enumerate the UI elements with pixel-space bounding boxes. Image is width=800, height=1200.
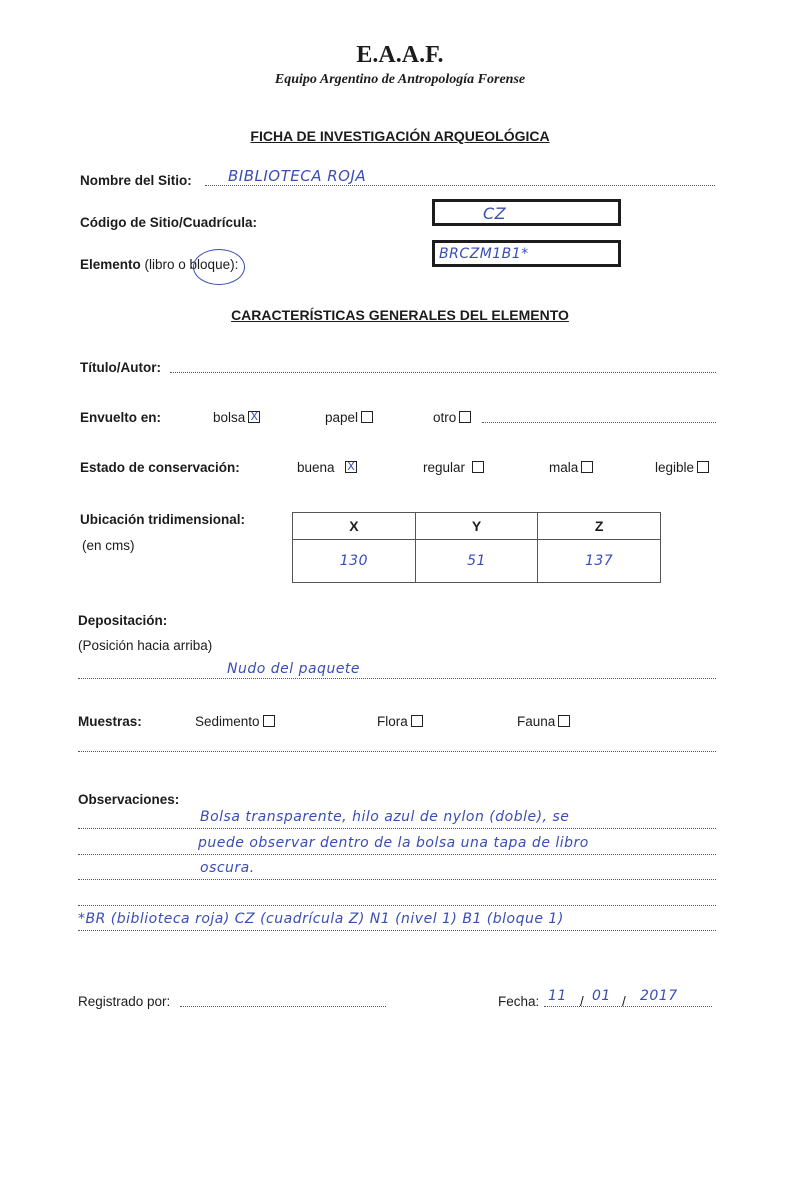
observations-label: Observaciones: bbox=[78, 792, 179, 807]
org-name: Equipo Argentino de Antropología Forense bbox=[0, 72, 800, 88]
condition-option-legible[interactable]: legible bbox=[655, 460, 709, 475]
observations-text-3[interactable]: oscura. bbox=[200, 860, 255, 876]
condition-label: Estado de conservación: bbox=[80, 460, 240, 475]
element-code-value: BRCZM1B1* bbox=[439, 246, 529, 262]
condition-option-buena-label: buena bbox=[297, 460, 335, 475]
samples-label: Muestras: bbox=[78, 714, 142, 729]
observations-text-2[interactable]: puede observar dentro de la bolsa una ta… bbox=[198, 835, 589, 851]
site-name-label: Nombre del Sitio: bbox=[80, 173, 192, 188]
observations-line-5 bbox=[78, 930, 716, 931]
checkbox-mala[interactable] bbox=[581, 461, 593, 473]
samples-option-flora-label: Flora bbox=[377, 714, 408, 729]
checkbox-papel[interactable] bbox=[361, 411, 373, 423]
location-header-y: Y bbox=[415, 513, 537, 540]
deposition-field[interactable]: Nudo del paquete bbox=[227, 661, 360, 677]
observations-footnote[interactable]: *BR (biblioteca roja) CZ (cuadrícula Z) … bbox=[78, 911, 564, 927]
site-code-label: Código de Sitio/Cuadrícula: bbox=[80, 215, 257, 230]
date-sep-1: / bbox=[580, 994, 584, 1009]
location-label: Ubicación tridimensional: bbox=[80, 512, 245, 527]
location-value-z[interactable]: 137 bbox=[538, 540, 661, 583]
checkbox-fauna[interactable] bbox=[558, 715, 570, 727]
date-month[interactable]: 01 bbox=[592, 988, 611, 1004]
site-name-field[interactable]: BIBLIOTECA ROJA bbox=[228, 167, 366, 185]
observations-line-2 bbox=[78, 854, 716, 855]
deposition-line bbox=[78, 678, 716, 679]
observations-line-3 bbox=[78, 879, 716, 880]
condition-option-mala-label: mala bbox=[549, 460, 578, 475]
wrapped-option-otro-label: otro bbox=[433, 410, 456, 425]
deposition-label: Depositación: bbox=[78, 613, 167, 628]
org-acronym: E.A.A.F. bbox=[0, 42, 800, 69]
condition-option-regular[interactable]: regular bbox=[423, 460, 484, 475]
date-day[interactable]: 11 bbox=[548, 988, 567, 1004]
samples-option-fauna[interactable]: Fauna bbox=[517, 714, 570, 729]
observations-line-1 bbox=[78, 828, 716, 829]
location-value-y[interactable]: 51 bbox=[415, 540, 537, 583]
bloque-circle-mark bbox=[193, 249, 245, 285]
form-title: FICHA DE INVESTIGACIÓN ARQUEOLÓGICA bbox=[0, 128, 800, 144]
wrapped-option-papel[interactable]: papel bbox=[325, 410, 373, 425]
condition-option-mala[interactable]: mala bbox=[549, 460, 593, 475]
checkbox-regular[interactable] bbox=[472, 461, 484, 473]
date-label: Fecha: bbox=[498, 994, 539, 1009]
observations-text-1[interactable]: Bolsa transparente, hilo azul de nylon (… bbox=[200, 809, 569, 825]
wrapped-label: Envuelto en: bbox=[80, 410, 161, 425]
wrapped-option-otro[interactable]: otro bbox=[433, 410, 471, 425]
deposition-sublabel: (Posición hacia arriba) bbox=[78, 638, 212, 653]
title-author-field[interactable] bbox=[170, 372, 716, 373]
checkbox-buena[interactable] bbox=[345, 461, 357, 473]
date-line bbox=[544, 1006, 712, 1007]
checkbox-otro[interactable] bbox=[459, 411, 471, 423]
date-sep-2: / bbox=[622, 994, 626, 1009]
condition-option-regular-label: regular bbox=[423, 460, 465, 475]
title-author-label: Título/Autor: bbox=[80, 360, 161, 375]
wrapped-option-papel-label: papel bbox=[325, 410, 358, 425]
samples-option-fauna-label: Fauna bbox=[517, 714, 555, 729]
checkbox-legible[interactable] bbox=[697, 461, 709, 473]
element-code-box[interactable]: BRCZM1B1* bbox=[432, 240, 621, 267]
observations-line-4 bbox=[78, 905, 716, 906]
wrapped-option-bolsa[interactable]: bolsa bbox=[213, 410, 260, 425]
site-code-value: CZ bbox=[483, 204, 506, 223]
wrapped-option-bolsa-label: bolsa bbox=[213, 410, 245, 425]
condition-option-buena[interactable]: buena bbox=[297, 460, 357, 475]
samples-field[interactable] bbox=[78, 751, 716, 752]
site-name-line bbox=[205, 185, 715, 186]
checkbox-sedimento[interactable] bbox=[263, 715, 275, 727]
checkbox-bolsa[interactable] bbox=[248, 411, 260, 423]
characteristics-title: CARACTERÍSTICAS GENERALES DEL ELEMENTO bbox=[0, 307, 800, 323]
location-unit: (en cms) bbox=[82, 538, 135, 553]
recorded-by-label: Registrado por: bbox=[78, 994, 170, 1009]
site-code-box[interactable]: CZ bbox=[432, 199, 621, 226]
checkbox-flora[interactable] bbox=[411, 715, 423, 727]
recorded-by-field[interactable] bbox=[180, 1006, 386, 1007]
location-value-x[interactable]: 130 bbox=[293, 540, 416, 583]
date-year[interactable]: 2017 bbox=[640, 988, 678, 1004]
samples-option-flora[interactable]: Flora bbox=[377, 714, 423, 729]
samples-option-sedimento-label: Sedimento bbox=[195, 714, 260, 729]
wrapped-other-field[interactable] bbox=[482, 422, 716, 423]
location-header-z: Z bbox=[538, 513, 661, 540]
samples-option-sedimento[interactable]: Sedimento bbox=[195, 714, 275, 729]
location-table: X Y Z 130 51 137 bbox=[292, 512, 661, 583]
condition-option-legible-label: legible bbox=[655, 460, 694, 475]
element-label-bold: Elemento bbox=[80, 257, 141, 272]
location-header-x: X bbox=[293, 513, 416, 540]
